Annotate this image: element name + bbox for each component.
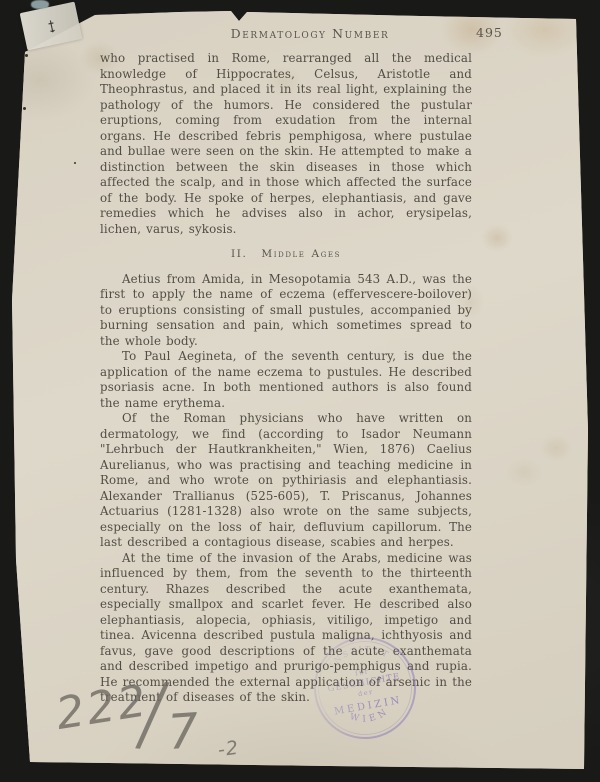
section-title: Middle Ages bbox=[261, 248, 341, 260]
pencil-denominator: 7 bbox=[166, 703, 200, 761]
section-heading: II.Middle Ages bbox=[100, 247, 472, 263]
lint-fiber bbox=[31, 0, 49, 9]
paragraph: To Paul Aegineta, of the seventh century… bbox=[100, 349, 472, 411]
paragraph: who practised in Rome, rearranged all th… bbox=[100, 51, 472, 237]
stamp-line-fuer: für bbox=[355, 667, 370, 677]
ink-speck bbox=[23, 107, 26, 110]
stamp-line-institut: INSTITUT bbox=[326, 640, 393, 671]
paper-sheet: Dermatology Number 495 who practised in … bbox=[0, 0, 600, 782]
paragraph: Aetius from Amida, in Mesopotamia 543 A.… bbox=[100, 272, 472, 350]
scanned-page-photo: Dermatology Number 495 who practised in … bbox=[0, 0, 600, 782]
running-header: Dermatology Number bbox=[100, 26, 520, 41]
section-number: II. bbox=[231, 248, 247, 260]
pencil-catalog-number: 222 bbox=[53, 675, 153, 740]
paragraph: Of the Roman physicians who have written… bbox=[100, 411, 472, 551]
page-number: 495 bbox=[476, 25, 503, 40]
pencil-suffix: -2 bbox=[217, 737, 240, 761]
body-text-block: who practised in Rome, rearranged all th… bbox=[100, 51, 472, 706]
ink-speck bbox=[74, 162, 76, 164]
stamp-line-medizin: MEDIZIN bbox=[333, 695, 403, 718]
stamp-line-der: der bbox=[357, 688, 374, 699]
library-ink-stamp: INSTITUT für GESCHICHTE der MEDIZIN WIEN bbox=[301, 624, 428, 751]
tape-stamp-mark bbox=[44, 18, 58, 35]
ink-speck bbox=[25, 54, 28, 57]
